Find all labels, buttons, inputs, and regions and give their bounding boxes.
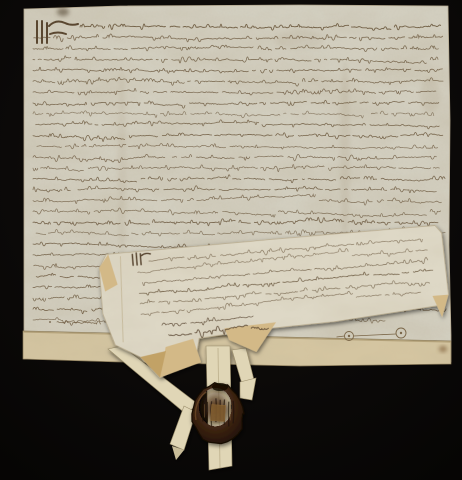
photograph: [0, 0, 462, 480]
plica-stain: [439, 346, 447, 352]
seal-center-patch: [211, 405, 226, 422]
manuscript-photo: [0, 0, 462, 480]
